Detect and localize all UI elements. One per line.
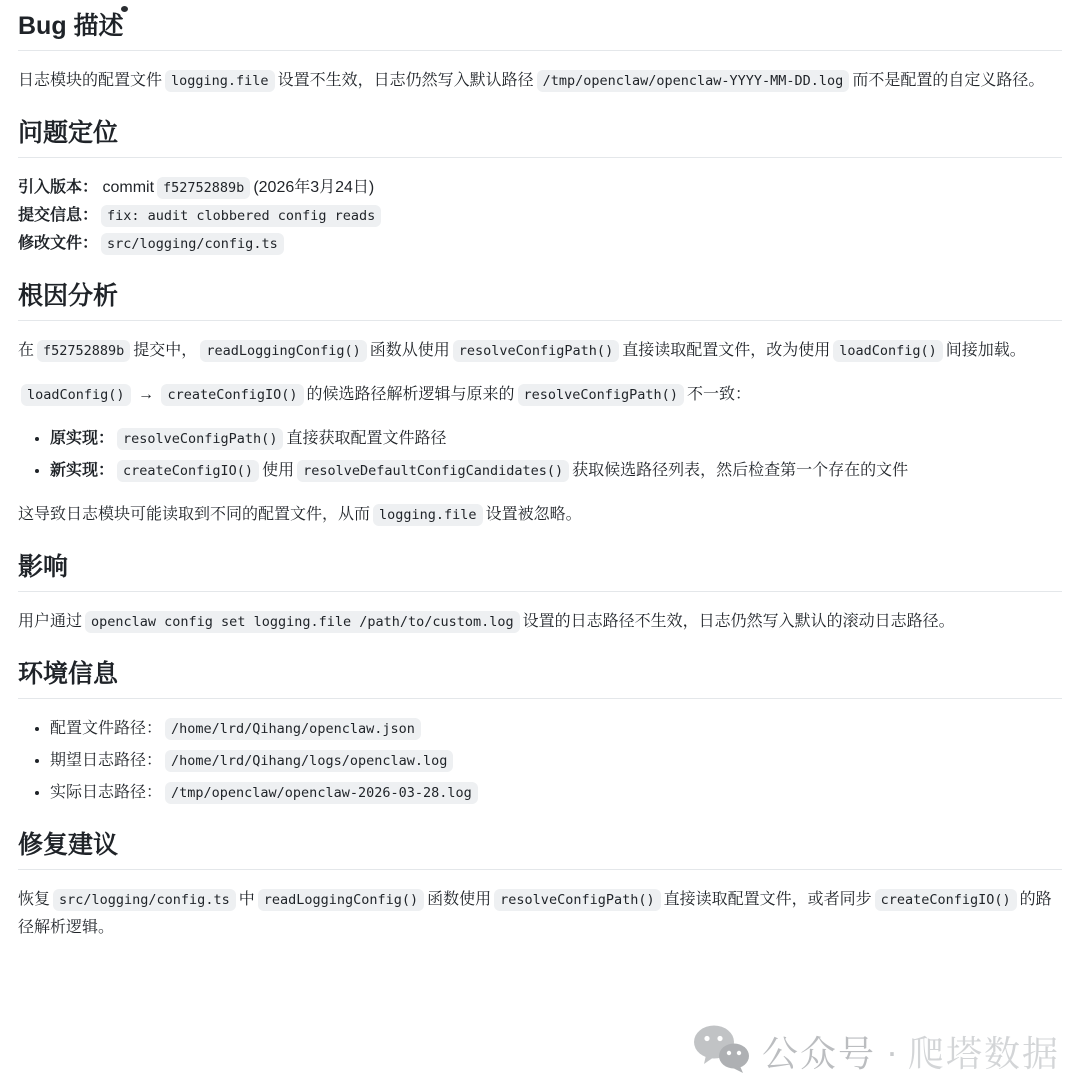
paragraph-root-cause-3: 这导致日志模块可能读取到不同的配置文件，从而logging.file设置被忽略。 [18,501,1062,529]
section-root-cause: 根因分析 在f52752889b提交中，readLoggingConfig()函… [18,280,1062,529]
text-run: commit [102,179,154,196]
list-item-new-implementation: 新实现：createConfigIO()使用resolveDefaultConf… [50,457,1062,485]
paragraph-bug-description: 日志模块的配置文件logging.file设置不生效，日志仍然写入默认路径/tm… [18,67,1062,95]
heading-environment-info: 环境信息 [18,658,1062,699]
text-run: 函数从使用 [370,342,450,359]
text-run: 这导致日志模块可能读取到不同的配置文件，从而 [18,506,370,523]
list-item-actual-log-path: 实际日志路径：/tmp/openclaw/openclaw-2026-03-28… [50,779,1062,807]
text-run: 直接获取配置文件路径 [286,430,446,447]
arrow-glyph: → [138,386,154,403]
text-run: 设置被忽略。 [486,506,582,523]
heading-fix-suggestion: 修复建议 [18,829,1062,870]
environment-list: 配置文件路径：/home/lrd/Qihang/openclaw.json 期望… [18,715,1062,807]
paragraph-root-cause-2: loadConfig() → createConfigIO()的候选路径解析逻辑… [18,381,1062,409]
text-run: 在 [18,342,34,359]
inline-code-read-logging-config: readLoggingConfig() [200,340,366,362]
text-run: 设置的日志路径不生效，日志仍然写入默认的滚动日志路径。 [523,613,955,630]
paragraph-root-cause-1: 在f52752889b提交中，readLoggingConfig()函数从使用r… [18,337,1062,365]
inline-code-resolve-config-path: resolveConfigPath() [494,889,660,911]
text-run: 直接读取配置文件，改为使用 [622,342,830,359]
text-run: 用户通过 [18,613,82,630]
inline-code-commit-hash: f52752889b [37,340,130,362]
label-introduced-version: 引入版本： [18,179,98,196]
inline-code-logging-file: logging.file [165,70,275,92]
label-config-file-path: 配置文件路径： [50,720,162,737]
inline-code-commit-message: fix: audit clobbered config reads [101,205,381,227]
inline-code-config-file-path: /home/lrd/Qihang/openclaw.json [165,718,421,740]
paragraph-impact: 用户通过openclaw config set logging.file /pa… [18,608,1062,636]
inline-code-config-ts-file: src/logging/config.ts [53,889,236,911]
inline-code-config-set-command: openclaw config set logging.file /path/t… [85,611,520,633]
list-item-expected-log-path: 期望日志路径：/home/lrd/Qihang/logs/openclaw.lo… [50,747,1062,775]
text-run: (2026年3月24日) [253,179,374,196]
text-run: 提交中， [133,342,197,359]
label-modified-file: 修改文件： [18,235,98,252]
section-impact: 影响 用户通过openclaw config set logging.file … [18,551,1062,636]
root-cause-list: 原实现：resolveConfigPath()直接获取配置文件路径 新实现：cr… [18,425,1062,485]
list-item-old-implementation: 原实现：resolveConfigPath()直接获取配置文件路径 [50,425,1062,453]
list-item-config-file-path: 配置文件路径：/home/lrd/Qihang/openclaw.json [50,715,1062,743]
inline-code-commit-hash: f52752889b [157,177,250,199]
inline-code-default-log-path: /tmp/openclaw/openclaw-YYYY-MM-DD.log [537,70,850,92]
inline-code-expected-log-path: /home/lrd/Qihang/logs/openclaw.log [165,750,453,772]
heading-bug-description: Bug 描述 [18,10,1062,51]
inline-code-read-logging-config: readLoggingConfig() [258,889,424,911]
watermark-separator: · [886,1031,898,1073]
text-run: 函数使用 [427,891,491,908]
text-run: 的候选路径解析逻辑与原来的 [307,386,515,403]
screenshot-artifact-speck [121,6,128,12]
line-introduced-version: 引入版本： commitf52752889b(2026年3月24日) [18,174,1062,202]
heading-impact: 影响 [18,551,1062,592]
heading-problem-location: 问题定位 [18,117,1062,158]
paragraph-fix-suggestion: 恢复src/logging/config.ts中readLoggingConfi… [18,886,1062,942]
paragraph-problem-location: 引入版本： commitf52752889b(2026年3月24日) 提交信息：… [18,174,1062,258]
label-old-implementation: 原实现： [50,430,114,447]
section-environment-info: 环境信息 配置文件路径：/home/lrd/Qihang/openclaw.js… [18,658,1062,807]
label-new-implementation: 新实现： [50,462,114,479]
inline-code-modified-file: src/logging/config.ts [101,233,284,255]
inline-code-resolve-config-path: resolveConfigPath() [453,340,619,362]
inline-code-resolve-config-path: resolveConfigPath() [117,428,283,450]
line-modified-file: 修改文件：src/logging/config.ts [18,230,1062,258]
inline-code-resolve-default-config-candidates: resolveDefaultConfigCandidates() [297,460,569,482]
text-run: 设置不生效，日志仍然写入默认路径 [278,72,534,89]
inline-code-create-config-io: createConfigIO() [875,889,1017,911]
inline-code-resolve-config-path: resolveConfigPath() [518,384,684,406]
inline-code-actual-log-path: /tmp/openclaw/openclaw-2026-03-28.log [165,782,478,804]
text-run: 直接读取配置文件，或者同步 [664,891,872,908]
wechat-icon [692,1024,750,1079]
heading-root-cause: 根因分析 [18,280,1062,321]
label-commit-message: 提交信息： [18,207,98,224]
watermark-brand: 爬塔数据 [908,1026,1060,1077]
label-expected-log-path: 期望日志路径： [50,752,162,769]
text-run: 间接加载。 [946,342,1026,359]
text-run: 恢复 [18,891,50,908]
inline-code-create-config-io: createConfigIO() [117,460,259,482]
watermark: 公众号 · 爬塔数据 [692,1024,1060,1079]
section-problem-location: 问题定位 引入版本： commitf52752889b(2026年3月24日) … [18,117,1062,258]
inline-code-load-config: loadConfig() [21,384,131,406]
inline-code-load-config: loadConfig() [833,340,943,362]
text-run: 获取候选路径列表，然后检查第一个存在的文件 [572,462,908,479]
inline-code-create-config-io: createConfigIO() [161,384,303,406]
text-run: 中 [239,891,255,908]
text-run: 日志模块的配置文件 [18,72,162,89]
line-commit-message: 提交信息：fix: audit clobbered config reads [18,202,1062,230]
text-run: 不一致： [687,386,751,403]
section-fix-suggestion: 修复建议 恢复src/logging/config.ts中readLogging… [18,829,1062,942]
label-actual-log-path: 实际日志路径： [50,784,162,801]
watermark-label: 公众号 [762,1026,876,1077]
text-run: 使用 [262,462,294,479]
section-bug-description: Bug 描述 日志模块的配置文件logging.file设置不生效，日志仍然写入… [18,10,1062,95]
text-run: 而不是配置的自定义路径。 [852,72,1044,89]
inline-code-logging-file: logging.file [373,504,483,526]
